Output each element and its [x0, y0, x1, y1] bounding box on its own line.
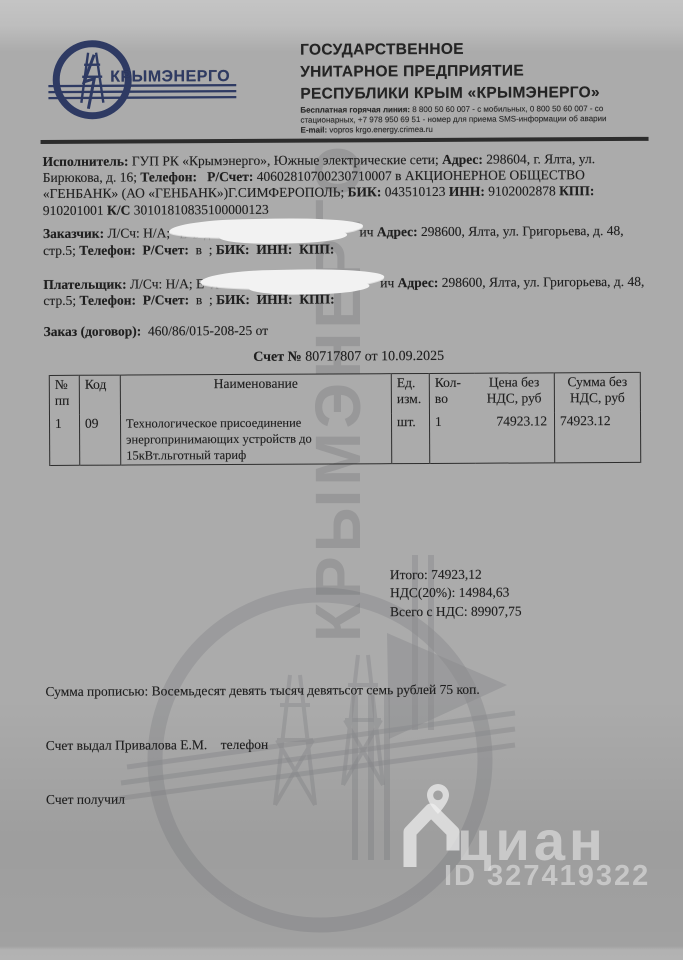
- payer-label: Плательщик:: [43, 276, 126, 291]
- customer-account: в ;: [189, 242, 216, 257]
- customer-address-label: Адрес:: [377, 224, 418, 239]
- col-header-name: Наименование: [120, 373, 391, 414]
- executor-inn-label: ИНН:: [449, 184, 485, 199]
- col-header-code: Код: [79, 375, 120, 415]
- grand-total-value: 89907,75: [468, 603, 522, 618]
- executor-kpp-label: КПП:: [559, 183, 594, 198]
- col-header-sum: Сумма без НДС, руб: [554, 372, 640, 412]
- order-line: Заказ (договор): 460/86/015-208-25 от: [44, 321, 654, 341]
- hotline-line-2: стационарных, +7 978 950 69 51 - номер д…: [300, 115, 652, 126]
- executor-org: ГУП РК «Крымэнерго», Южные электрические…: [128, 151, 442, 168]
- payer-address-label: Адрес:: [398, 275, 439, 290]
- received-by-line: Счет получил: [46, 788, 656, 809]
- customer-account-prefix: Л/Сч: Н/А;: [104, 225, 173, 240]
- table-header-row: № пп Код Наименование Ед. изм. Кол- во Ц…: [49, 372, 640, 415]
- payer-account: в ;: [189, 292, 216, 307]
- order-number: 460/86/015-208-25 от: [141, 323, 268, 339]
- grand-total-line: Всего с НДС: 89907,75: [390, 601, 655, 621]
- payer-phone-label: Телефон:: [79, 293, 136, 308]
- executor-ks: 30101810835100000123: [130, 202, 268, 218]
- hotline-label: Бесплатная горячая линия:: [300, 105, 410, 115]
- col-header-qty: Кол- во: [429, 373, 474, 413]
- vat-label: НДС(20%):: [390, 585, 456, 600]
- customer-kpp-label: КПП:: [299, 241, 334, 256]
- cian-listing-id: ID 327419322: [444, 860, 650, 893]
- letterhead: КРЫМЭНЕРГО ГОСУДАРСТВЕННОЕ УНИТАРНОЕ ПРЕ…: [42, 33, 653, 140]
- grand-total-label: Всего с НДС:: [390, 603, 468, 618]
- invoice-document: КРЫМЭНЕРГО ГОСУДАРСТВЕННОЕ УНИТАРНОЕ ПРЕ…: [42, 33, 656, 845]
- payer-account-prefix: Л/Сч: Н/А; Е: [127, 276, 205, 291]
- cell-code: 09: [79, 414, 120, 465]
- executor-phone-label: Телефон:: [140, 169, 197, 184]
- executor-bik-label: БИК:: [348, 185, 382, 200]
- redaction-scribble: [169, 217, 363, 240]
- amount-in-words-line: Сумма прописью: Восемьдесят девять тысяч…: [45, 680, 655, 701]
- executor-label: Исполнитель:: [43, 153, 129, 168]
- cell-name: Технологическое присоединение энергоприн…: [120, 413, 391, 465]
- cell-sum: 74923.12: [554, 411, 640, 462]
- customer-phone-label: Телефон:: [79, 242, 136, 257]
- executor-address-label: Адрес:: [442, 151, 483, 166]
- payer-account-label: Р/Счет:: [143, 293, 189, 308]
- col-header-unit: Ед. изм.: [391, 373, 429, 413]
- cell-qty: 1: [429, 412, 474, 463]
- total-value: 74923,12: [428, 566, 482, 581]
- invoice-number-value: 80717807 от 10.09.2025: [302, 349, 445, 365]
- vat-line: НДС(20%): 14984,63: [390, 583, 655, 603]
- executor-account-label: Р/Счет:: [207, 169, 253, 184]
- total-line: Итого: 74923,12: [390, 564, 655, 584]
- scanned-invoice-photo: КРЫМЭНЕРГО циан ID 327419322: [0, 0, 683, 960]
- invoice-number-line: Счет № 80717807 от 10.09.2025: [44, 348, 654, 368]
- col-header-num: № пп: [49, 375, 79, 415]
- hotline-numbers: 8 800 50 60 007 - с мобильных, 0 800 50 …: [410, 104, 603, 114]
- executor-paragraph: Исполнитель: ГУП РК «Крымэнерго», Южные …: [43, 150, 653, 219]
- customer-paragraph: Заказчик: Л/Сч: Н/А; Евдокимович Адрес: …: [43, 222, 653, 259]
- email-label: E-mail:: [300, 125, 327, 134]
- issued-by-line: Счет выдал Привалова Е.М. телефон: [46, 734, 656, 755]
- org-name-block: ГОСУДАРСТВЕННОЕ УНИТАРНОЕ ПРЕДПРИЯТИЕ РЕ…: [300, 38, 652, 135]
- invoice-items-table: № пп Код Наименование Ед. изм. Кол- во Ц…: [49, 371, 641, 465]
- org-line-2: УНИТАРНОЕ ПРЕДПРИЯТИЕ: [300, 60, 652, 84]
- col-header-price: Цена без НДС, руб: [474, 372, 554, 412]
- logo-wordmark: КРЫМЭНЕРГО: [110, 68, 230, 86]
- table-row: 1 09 Технологическое присоединение энерг…: [49, 411, 640, 465]
- krymenergo-logo: КРЫМЭНЕРГО: [48, 37, 288, 133]
- email-line: E-mail: vopros krgo.energy.crimea.ru: [300, 124, 652, 135]
- cian-watermark: циан ID 327419322: [400, 782, 470, 872]
- cell-num: 1: [49, 414, 79, 465]
- email-value: vopros krgo.energy.crimea.ru: [327, 125, 433, 135]
- org-line-3: РЕСПУБЛИКИ КРЫМ «КРЫМЭНЕРГО»: [300, 82, 652, 106]
- invoice-number-label: Счет №: [253, 350, 302, 365]
- vat-value: 14984,63: [455, 585, 509, 600]
- cell-price: 74923.12: [474, 412, 554, 463]
- totals-block: Итого: 74923,12 НДС(20%): 14984,63 Всего…: [390, 564, 655, 621]
- total-label: Итого:: [390, 567, 428, 582]
- executor-ks-label: К/С: [107, 202, 130, 217]
- org-line-1: ГОСУДАРСТВЕННОЕ: [300, 38, 652, 62]
- executor-phone-gap: [197, 169, 207, 184]
- order-label: Заказ (договор):: [44, 323, 142, 339]
- customer-name-redaction: Евдокимов: [173, 223, 359, 239]
- payer-bik-label: БИК:: [216, 292, 250, 307]
- customer-bik-label: БИК:: [216, 241, 250, 256]
- executor-inn: 9102002878: [485, 184, 559, 199]
- cell-unit: шт.: [391, 413, 429, 464]
- executor-bik: 043510123: [381, 184, 449, 199]
- payer-paragraph: Плательщик: Л/Сч: Н/А; ЕА Рич Адрес: 298…: [43, 273, 653, 310]
- redaction-scribble: [200, 268, 384, 291]
- customer-account-label: Р/Счет:: [142, 242, 188, 257]
- payer-name-redaction: А Р: [204, 274, 380, 290]
- customer-label: Заказчик:: [43, 226, 104, 241]
